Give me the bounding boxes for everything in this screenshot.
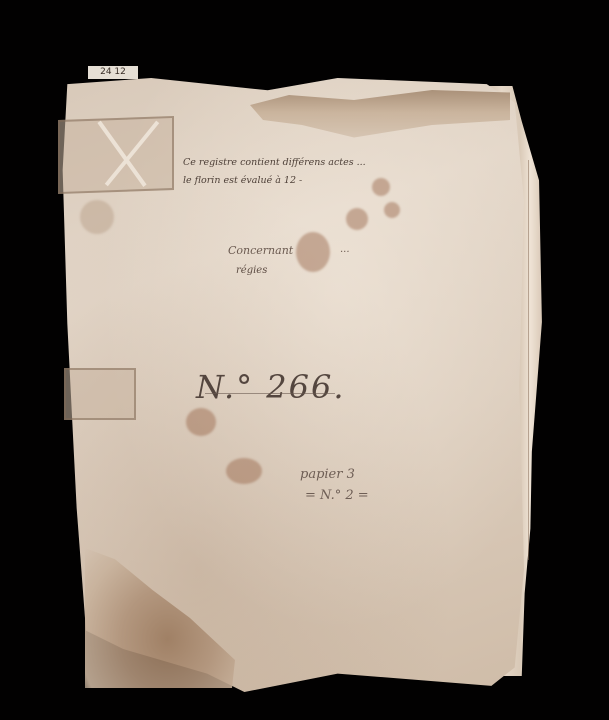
strike-line — [205, 393, 335, 394]
register-number: N.° 266. — [196, 368, 346, 406]
edge-line — [528, 160, 529, 560]
strap-loop-patch — [64, 368, 136, 420]
shelf-label: 24 12 — [88, 66, 138, 79]
inscription-regies: régies — [236, 265, 267, 276]
stain — [80, 200, 114, 234]
stain — [346, 208, 368, 230]
inscription-number-2: = N.° 2 = — [305, 488, 369, 503]
stain — [384, 202, 400, 218]
stain — [186, 408, 216, 436]
stain — [296, 232, 330, 272]
inscription-top-line1: Ce registre contient différens actes ... — [183, 157, 366, 168]
stain — [372, 178, 390, 196]
stain — [226, 458, 262, 484]
inscription-middle-right: ... — [340, 244, 350, 255]
inscription-top-line2: le florin est évalué à 12 - — [183, 175, 302, 186]
inscription-concernant: Concernant — [228, 244, 293, 257]
inscription-papier: papier 3 — [300, 467, 355, 482]
leather-strap-patch — [58, 116, 174, 194]
manuscript-photo: 24 12 Ce registre contient différens act… — [0, 0, 609, 720]
